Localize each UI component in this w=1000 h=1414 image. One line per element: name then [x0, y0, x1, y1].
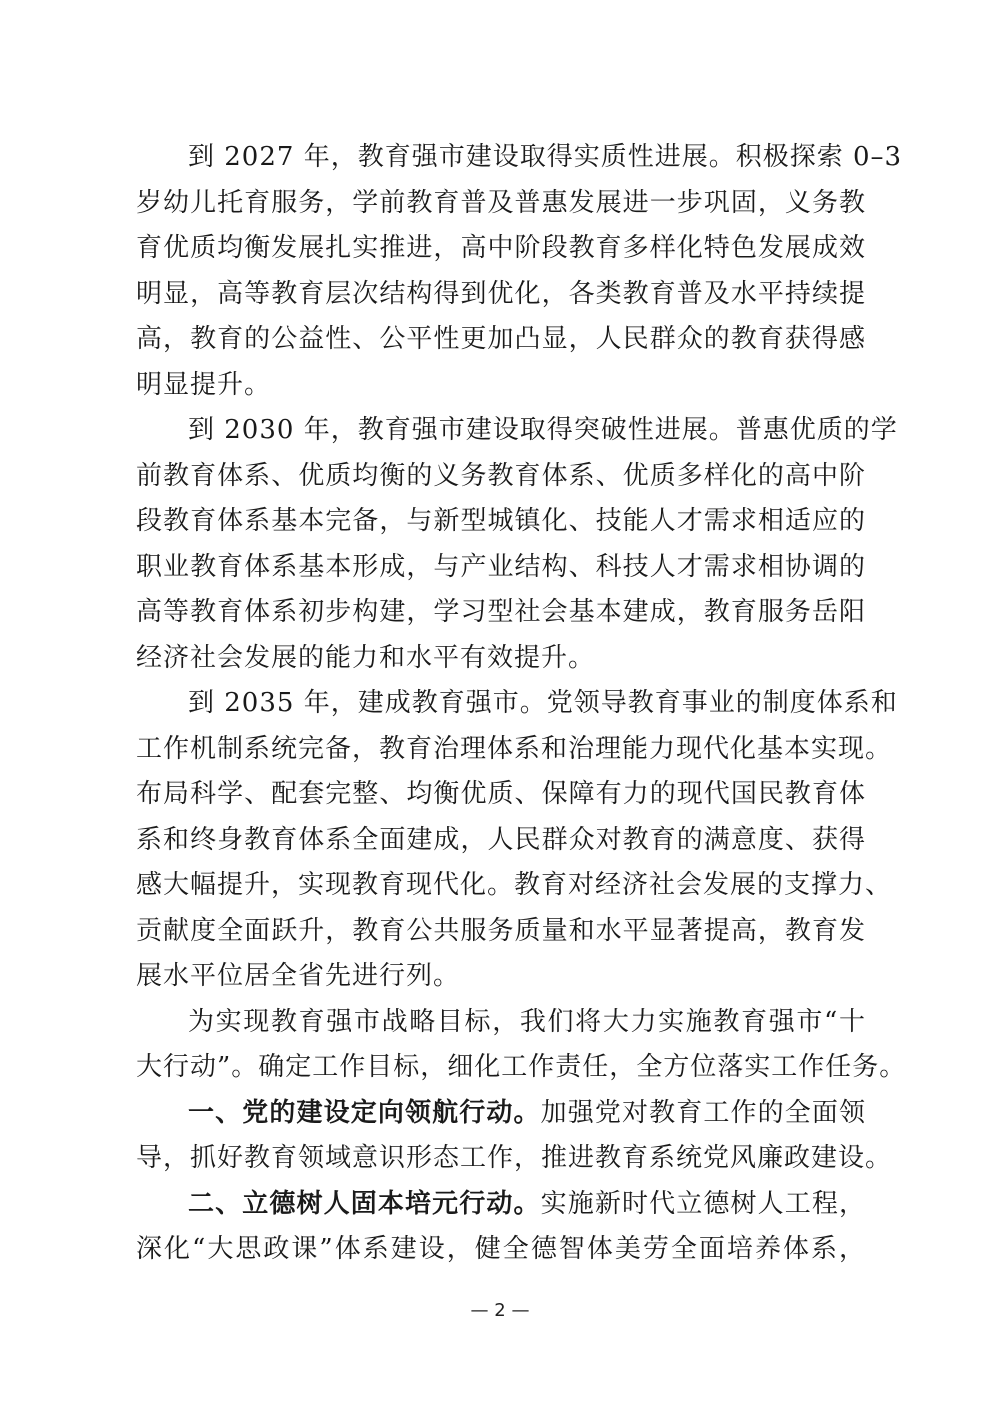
text-line: 感大幅提升，实现教育现代化。教育对经济社会发展的支撑力、 [136, 865, 866, 905]
page-number: — 2 — [0, 1300, 1000, 1321]
text-line: 明显提升。 [136, 365, 866, 405]
action-heading: 一、党的建设定向领航行动。 [188, 1098, 541, 1128]
text-line: 到 2035 年，建成教育强市。党领导教育事业的制度体系和 [188, 683, 866, 723]
text-line: 系和终身教育体系全面建成，人民群众对教育的满意度、获得 [136, 820, 866, 860]
text-line: 展水平位居全省先进行列。 [136, 956, 866, 996]
text-line: 岁幼儿托育服务，学前教育普及普惠发展进一步巩固，义务教 [136, 183, 866, 223]
text-line: 工作机制系统完备，教育治理体系和治理能力现代化基本实现。 [136, 729, 866, 769]
text-line: 一、党的建设定向领航行动。加强党对教育工作的全面领 [188, 1093, 866, 1133]
document-page: 到 2027 年，教育强市建设取得实质性进展。积极探索 0–3 岁幼儿托育服务，… [0, 0, 1000, 1414]
text-line: 高等教育体系初步构建，学习型社会基本建成，教育服务岳阳 [136, 592, 866, 632]
text-line: 导，抓好教育领域意识形态工作，推进教育系统党风廉政建设。 [136, 1138, 866, 1178]
text-line: 明显，高等教育层次结构得到优化，各类教育普及水平持续提 [136, 274, 866, 314]
text-line: 经济社会发展的能力和水平有效提升。 [136, 638, 866, 678]
text-line: 职业教育体系基本形成，与产业结构、科技人才需求相协调的 [136, 547, 866, 587]
action-text: 加强党对教育工作的全面领 [541, 1098, 866, 1128]
text-line: 为实现教育强市战略目标，我们将大力实施教育强市“十 [188, 1002, 866, 1042]
action-heading: 二、立德树人固本培元行动。 [188, 1189, 541, 1219]
text-line: 育优质均衡发展扎实推进，高中阶段教育多样化特色发展成效 [136, 228, 866, 268]
text-line: 贡献度全面跃升，教育公共服务质量和水平显著提高，教育发 [136, 911, 866, 951]
text-line: 深化“大思政课”体系建设，健全德智体美劳全面培养体系， [136, 1229, 866, 1269]
text-line: 布局科学、配套完整、均衡优质、保障有力的现代国民教育体 [136, 774, 866, 814]
text-line: 大行动”。确定工作目标，细化工作责任，全方位落实工作任务。 [136, 1047, 866, 1087]
text-line: 二、立德树人固本培元行动。实施新时代立德树人工程， [188, 1184, 866, 1224]
action-text: 实施新时代立德树人工程， [541, 1189, 866, 1219]
text-line: 前教育体系、优质均衡的义务教育体系、优质多样化的高中阶 [136, 456, 866, 496]
text-line: 段教育体系基本完备，与新型城镇化、技能人才需求相适应的 [136, 501, 866, 541]
text-line: 到 2027 年，教育强市建设取得实质性进展。积极探索 0–3 [188, 137, 866, 177]
text-line: 高，教育的公益性、公平性更加凸显，人民群众的教育获得感 [136, 319, 866, 359]
text-line: 到 2030 年，教育强市建设取得突破性进展。普惠优质的学 [188, 410, 866, 450]
